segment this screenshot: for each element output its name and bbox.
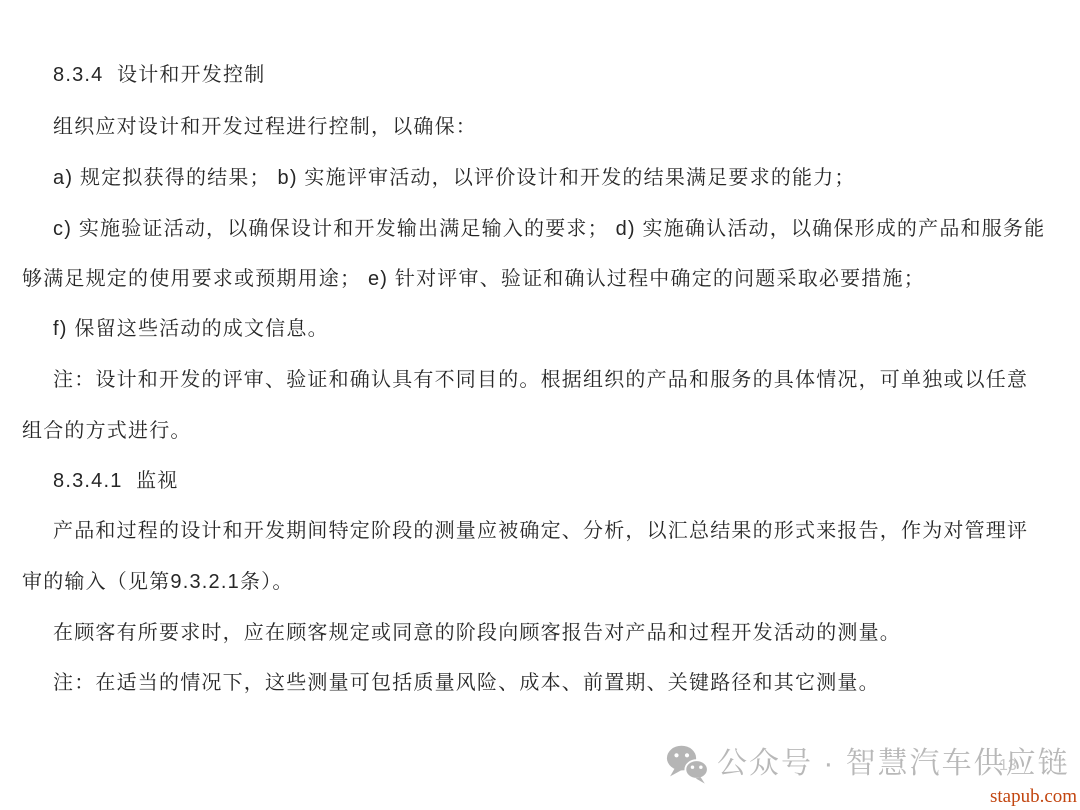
watermark: 公众号 · 智慧汽车供应链 [666,742,1070,786]
note-line-wrap: 组合的方式进行。 [22,418,192,444]
paragraph-line-wrap: 审的输入（见第9.3.2.1条）。 [22,569,294,595]
paragraph-line: 在顾客有所要求时，应在顾客规定或同意的阶段向顾客报告对产品和过程开发活动的测量。 [53,620,901,646]
list-item-d-e-wrap: 够满足规定的使用要求或预期用途； e) 针对评审、验证和确认过程中确定的问题采取… [22,266,925,292]
watermark-text: 公众号 · 智慧汽车供应链 [717,744,1070,784]
list-item-f: f) 保留这些活动的成文信息。 [53,316,329,342]
section-heading-8-3-4: 8.3.4 设计和开发控制 [53,62,265,88]
list-item-c-d: c) 实施验证活动，以确保设计和开发输出满足输入的要求； d) 实施确认活动，以… [53,216,1045,242]
paragraph-line: 产品和过程的设计和开发期间特定阶段的测量应被确定、分析，以汇总结果的形式来报告，… [53,518,1028,544]
section-heading-8-3-4-1: 8.3.4.1 监视 [53,468,178,494]
note-line: 注：设计和开发的评审、验证和确认具有不同目的。根据组织的产品和服务的具体情况，可… [53,367,1028,393]
note-line-2: 注：在适当的情况下，这些测量可包括质量风险、成本、前置期、关键路径和其它测量。 [53,670,880,696]
site-link: stapub.com [990,786,1077,808]
list-item-a-b: a) 规定拟获得的结果； b) 实施评审活动，以评价设计和开发的结果满足要求的能… [53,165,856,191]
wechat-icon [666,742,708,786]
document-page: 8.3.4 设计和开发控制 组织应对设计和开发过程进行控制，以确保： a) 规定… [0,0,1080,810]
paragraph-line: 组织应对设计和开发过程进行控制，以确保： [53,114,477,140]
